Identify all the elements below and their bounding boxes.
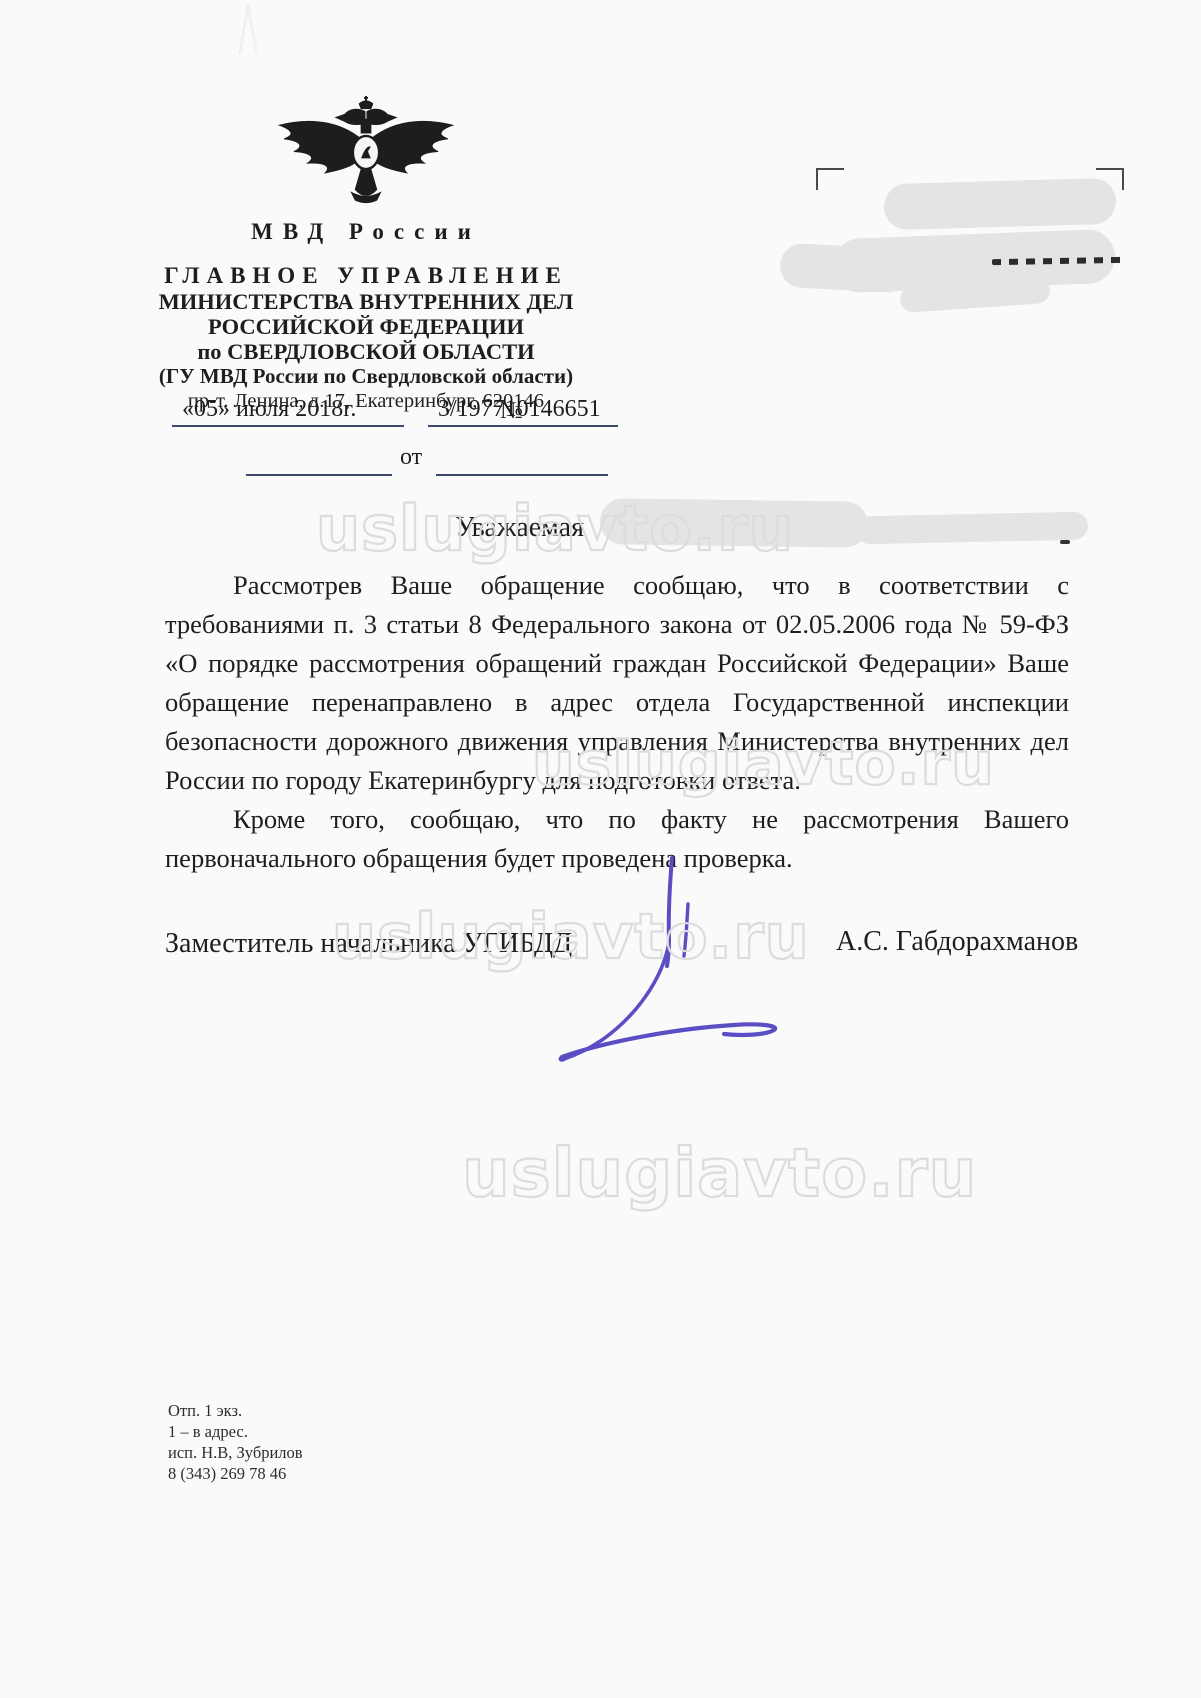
redaction-blob-addressee-3 xyxy=(779,243,911,294)
handwritten-signature xyxy=(538,848,818,1073)
letterhead: МВД России ГЛАВНОЕ УПРАВЛЕНИЕ МИНИСТЕРСТ… xyxy=(150,96,582,414)
salutation: Уважаемая xyxy=(455,512,584,544)
letter-date: «05» июля 2018г. xyxy=(172,396,404,427)
redaction-blob-name xyxy=(600,498,869,548)
watermark: uslugiavto.ru xyxy=(458,1122,1178,1222)
letterhead-paren-name: (ГУ МВД России по Свердловской области) xyxy=(150,364,582,389)
letterhead-line-4: по СВЕРДЛОВСКОЙ ОБЛАСТИ xyxy=(150,339,582,364)
letterhead-line-1: ГЛАВНОЕ УПРАВЛЕНИЕ xyxy=(150,263,582,288)
footer-executor: исп. Н.В, Зубрилов xyxy=(168,1442,303,1463)
double-headed-eagle-emblem xyxy=(271,96,461,208)
letter-body: Рассмотрев Ваше обращение сообщаю, что в… xyxy=(165,566,1069,878)
scanned-letter-page: МВД России ГЛАВНОЕ УПРАВЛЕНИЕ МИНИСТЕРСТ… xyxy=(0,0,1201,1698)
signer-position: Заместитель начальника УГИБДД xyxy=(165,928,572,960)
paragraph-1: Рассмотрев Ваше обращение сообщаю, что в… xyxy=(165,566,1069,800)
signer-name: А.С. Габдорахманов xyxy=(836,926,1078,958)
redacted-name-remnant xyxy=(1060,540,1070,544)
from-label: от xyxy=(400,444,422,471)
scan-smudge xyxy=(215,4,275,54)
org-short-name: МВД России xyxy=(150,219,582,245)
letterhead-line-2: МИНИСТЕРСТВА ВНУТРЕННИХ ДЕЛ xyxy=(150,289,582,314)
footer-copies: Отп. 1 экз. xyxy=(168,1400,303,1421)
footer-phone: 8 (343) 269 78 46 xyxy=(168,1463,303,1484)
redaction-blob-name-tail xyxy=(856,512,1089,545)
letterhead-line-3: РОССИЙСКОЙ ФЕДЕРАЦИИ xyxy=(150,314,582,339)
blank-underline-left xyxy=(246,446,392,476)
redaction-blob-addressee-1 xyxy=(883,178,1116,230)
svg-text:uslugiavto.ru: uslugiavto.ru xyxy=(462,1134,977,1212)
footer-block: Отп. 1 экз. 1 – в адрес. исп. Н.В, Зубри… xyxy=(168,1400,303,1484)
address-frame-corner-left xyxy=(816,168,844,190)
footer-address-copy: 1 – в адрес. xyxy=(168,1421,303,1442)
blank-underline-right xyxy=(436,446,608,476)
letter-number: 3/197710146651 xyxy=(428,396,618,427)
